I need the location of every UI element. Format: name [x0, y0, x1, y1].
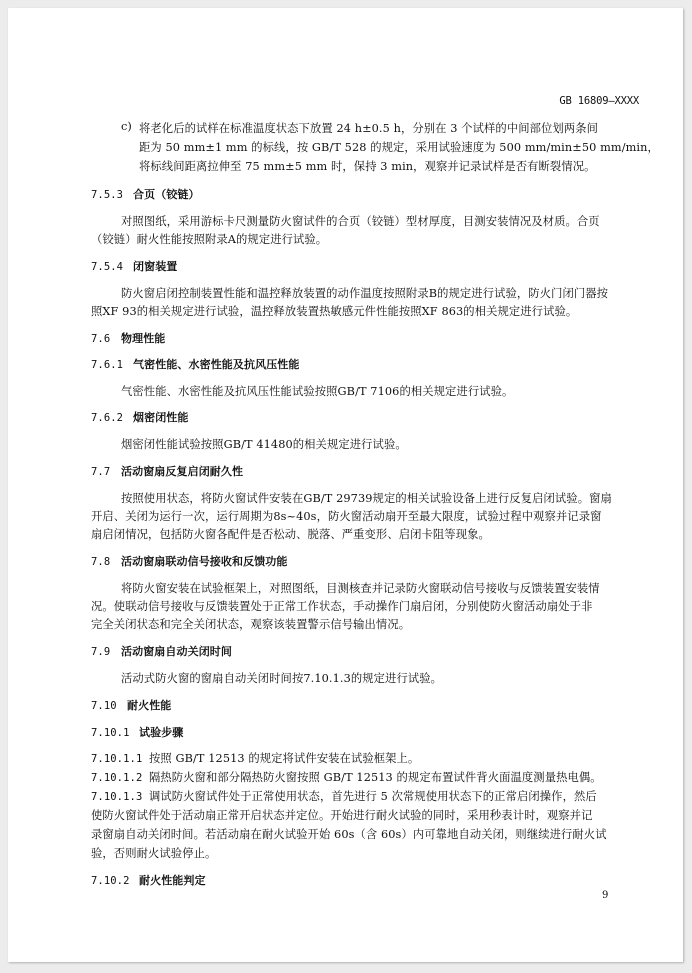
paragraph-line: 扇启闭情况，包括防火窗各配件是否松动、脱落、严重变形、启闭卡阻等现象。: [91, 526, 626, 542]
section-heading-7-7: 7.7活动窗扇反复启闭耐久性: [91, 463, 626, 479]
section-heading-7-10-1: 7.10.1试验步骤: [91, 724, 626, 740]
paragraph-line: 距为 50 mm±1 mm 的标线，按 GB/T 528 的规定，采用试验速度为…: [139, 139, 674, 155]
paragraph-line: 防火窗启闭控制装置性能和温控释放装置的动作温度按照附录B的规定进行试验，防火门闭…: [121, 285, 656, 301]
clause-7-10-1-1: 7.10.1.1按照 GB/T 12513 的规定将试件安装在试验框架上。: [91, 750, 626, 766]
page-number: 9: [602, 890, 608, 901]
paragraph-line: 照XF 93的相关规定进行试验，温控释放装置热敏感元件性能按照XF 863的相关…: [91, 303, 626, 319]
paragraph-line: 将防火窗安装在试验框架上，对照图纸，目测核查并记录防火窗联动信号接收与反馈装置安…: [121, 580, 656, 596]
paragraph-line: 按照使用状态，将防火窗试件安装在GB/T 29739规定的相关试验设备上进行反复…: [121, 490, 656, 506]
paragraph-line: 活动式防火窗的窗扇自动关闭时间按7.10.1.3的规定进行试验。: [121, 670, 656, 686]
section-heading-7-6-2: 7.6.2烟密闭性能: [91, 409, 626, 425]
paragraph-line: 况。使联动信号接收与反馈装置处于正常工作状态，手动操作门扇启闭，分别使防火窗活动…: [91, 598, 626, 614]
paragraph-line: 对照图纸，采用游标卡尺测量防火窗试件的合页（铰链）型材厚度，目测安装情况及材质。…: [121, 213, 656, 229]
paragraph-line: 开启、关闭为运行一次，运行周期为8s~40s，防火窗活动扇开至最大限度，试验过程…: [91, 508, 626, 524]
section-heading-7-8: 7.8活动窗扇联动信号接收和反馈功能: [91, 553, 626, 569]
section-heading-7-10-2: 7.10.2耐火性能判定: [91, 872, 626, 888]
document-code: GB 16809—XXXX: [559, 95, 639, 107]
section-heading-7-5-3: 7.5.3合页（铰链）: [91, 186, 626, 202]
section-heading-7-6: 7.6物理性能: [91, 330, 626, 346]
section-heading-7-5-4: 7.5.4闭窗装置: [91, 258, 626, 274]
section-heading-7-6-1: 7.6.1气密性能、水密性能及抗风压性能: [91, 356, 626, 372]
document-page: GB 16809—XXXX c) 将老化后的试样在标准温度状态下放置 24 h±…: [8, 8, 683, 962]
paragraph-line: 完全关闭状态和完全关闭状态，观察该装置警示信号输出情况。: [91, 616, 626, 632]
clause-7-10-1-2: 7.10.1.2隔热防火窗和部分隔热防火窗按照 GB/T 12513 的规定布置…: [91, 769, 626, 785]
paragraph-line: 将老化后的试样在标准温度状态下放置 24 h±0.5 h，分别在 3 个试样的中…: [139, 120, 674, 136]
paragraph-line: 使防火窗试件处于活动扇正常开启状态并定位。开始进行耐火试验的同时，采用秒表计时，…: [91, 807, 626, 823]
paragraph-line: 验，否则耐火试验停止。: [91, 845, 626, 861]
paragraph-line: 将标线间距离拉伸至 75 mm±5 mm 时，保持 3 min，观察并记录试样是…: [139, 158, 674, 174]
paragraph-line: 录窗扇自动关闭时间。若活动扇在耐火试验开始 60s（含 60s）内可靠地自动关闭…: [91, 826, 626, 842]
paragraph-line: 气密性能、水密性能及抗风压性能试验按照GB/T 7106的相关规定进行试验。: [121, 383, 656, 399]
clause-7-10-1-3: 7.10.1.3调试防火窗试件处于正常使用状态，首先进行 5 次常规使用状态下的…: [91, 788, 626, 804]
paragraph-line: 烟密闭性能试验按照GB/T 41480的相关规定进行试验。: [121, 436, 656, 452]
paragraph-line: （铰链）耐火性能按照附录A的规定进行试验。: [91, 231, 626, 247]
section-heading-7-9: 7.9活动窗扇自动关闭时间: [91, 643, 626, 659]
section-heading-7-10: 7.10耐火性能: [91, 697, 626, 713]
